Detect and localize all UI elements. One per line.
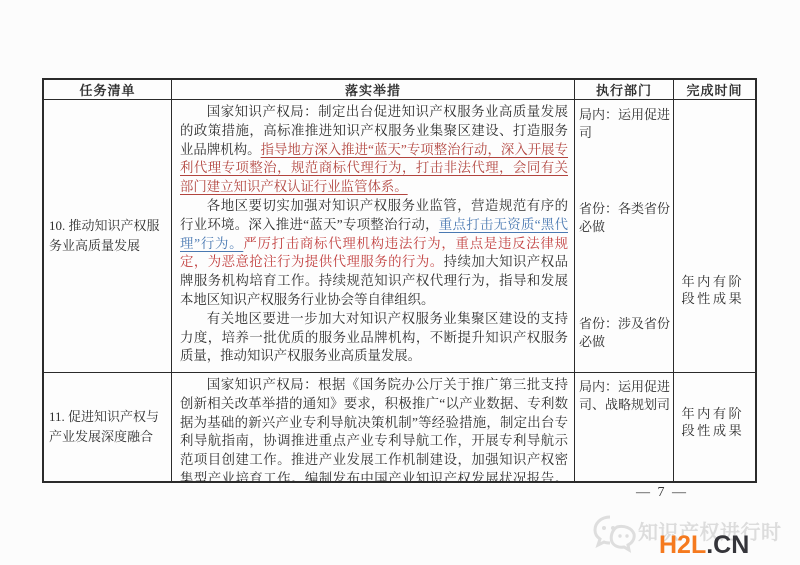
measure-paragraph: 国家知识产权局：制定出台促进知识产权服务业高质量发展的政策措施，高标准推进知识产… [180,103,568,197]
task-cell: 10. 推动知识产权服务业高质量发展 [44,100,172,373]
completion-text: 年内有阶段性成果 [682,406,748,439]
measure-paragraph: 有关地区要进一步加大对知识产权服务业集聚区建设的支持力度，培养一批优质的服务业品… [180,310,568,366]
column-header-completion: 完成时间 [674,80,755,100]
chat-bubbles-icon [592,514,638,559]
document-table: 任务清单 落实举措 执行部门 完成时间 10. 推动知识产权服务业高质量发展 国… [42,78,757,483]
measure-paragraph: 国家知识产权局：根据《国务院办公厅关于推广第三批支持创新相关改革举措的通知》要求… [180,376,568,481]
measure-segment-normal: 国家知识产权局：根据《国务院办公厅关于推广第三批支持创新相关改革举措的通知》要求… [180,377,568,481]
department-item: 省份：各类省份必做 [579,200,671,235]
completion-cell: 年内有阶段性成果 [674,100,755,373]
measure-segment-normal: 有关地区要进一步加大对知识产权服务业集聚区建设的支持力度，培养一批优质的服务业品… [180,311,568,364]
column-header-task: 任务清单 [44,80,172,100]
measures-cell: 国家知识产权局：制定出台促进知识产权服务业高质量发展的政策措施，高标准推进知识产… [172,100,575,373]
department-item: 省份：涉及省份必做 [579,315,671,350]
task-cell: 11. 促进知识产权与产业发展深度融合 [44,373,172,481]
column-header-department: 执行部门 [575,80,674,100]
page-container: 任务清单 落实举措 执行部门 完成时间 10. 推动知识产权服务业高质量发展 国… [0,0,800,565]
department-item: 局内：运用促进司、战略规划司 [579,378,671,413]
department-cell: 局内：运用促进司 省份：各类省份必做 省份：涉及省份必做 [575,100,674,373]
measure-paragraph: 各地区要切实加强对知识产权服务业监管，营造规范有序的行业环境。深入推进“蓝天”专… [180,197,568,310]
brand-domain-suffix: .CN [706,531,749,559]
page-number: — 7 — [636,485,688,501]
department-cell: 局内：运用促进司、战略规划司 [575,373,674,481]
department-item: 局内：运用促进司 [579,106,671,141]
measures-cell: 国家知识产权局：根据《国务院办公厅关于推广第三批支持创新相关改革举措的通知》要求… [172,373,575,481]
brand-domain-accent: H2L [659,531,706,559]
completion-text: 年内有阶段性成果 [682,274,748,307]
watermark: 知识产权进行时 H2L.CN [590,508,790,563]
column-header-measures: 落实举措 [172,80,575,100]
brand-domain: H2L.CN [659,531,749,560]
completion-cell: 年内有阶段性成果 [674,373,755,481]
